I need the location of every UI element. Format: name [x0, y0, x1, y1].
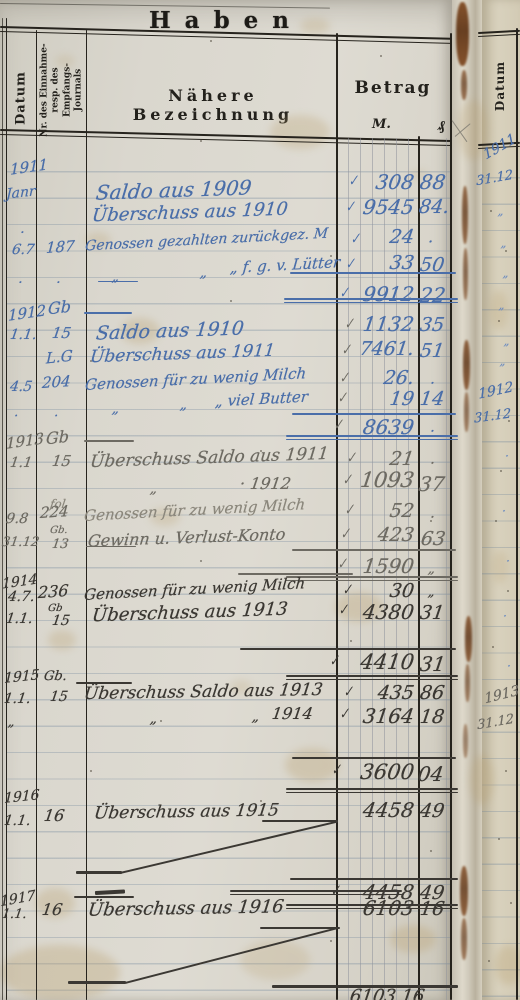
handwriting-entry: L.G [46, 349, 73, 367]
speck [430, 850, 432, 852]
handwriting-entry: 236 [37, 583, 69, 601]
speck [492, 646, 494, 648]
handwriting-entry: · 1912 [239, 476, 292, 492]
handwriting-entry: „ [497, 206, 504, 217]
handwriting-entry: 1915 [4, 668, 40, 686]
handwriting-entry: 04 [417, 764, 445, 784]
handwriting-entry: 1.1 [9, 456, 33, 470]
grid-or-ink-line [68, 981, 126, 984]
column-header-betrag: Betrag [336, 78, 450, 98]
check-mark: ✓ [343, 316, 355, 334]
handwriting-entry: 4410 [335, 652, 416, 673]
stain-spot [270, 115, 330, 149]
rust-mark [461, 918, 467, 960]
handwriting-entry: 187 [46, 239, 76, 256]
grid-or-ink-line [286, 792, 458, 793]
handwriting-entry: 4.5 [9, 380, 33, 394]
rust-mark [465, 664, 470, 702]
handwriting-entry: Gb [46, 429, 69, 448]
handwriting-entry: Gb. [43, 670, 68, 683]
right-page-datum-header: Datum [493, 60, 507, 112]
speck [495, 520, 497, 522]
handwriting-entry: Überschuss aus 1915 [93, 802, 280, 822]
handwriting-entry: 14 [419, 390, 446, 409]
check-mark: ✓ [345, 450, 357, 468]
grid-or-ink-line [6, 18, 8, 1000]
grid-or-ink-line [286, 788, 458, 790]
ledger-photo: Haben Datum Nr. des Einnahme- resp. des … [0, 0, 520, 1000]
speck [350, 640, 352, 642]
check-mark: ✓ [343, 502, 355, 520]
journal-header-line3: Journals [73, 42, 84, 138]
handwriting-entry: 1916 [4, 788, 40, 806]
handwriting-entry: 1.1. [9, 328, 38, 342]
stain-spot [48, 630, 76, 650]
journal-header-line1: Nr. des Einnahme- [40, 42, 51, 138]
handwriting-entry: 224 [40, 504, 70, 521]
grid-or-ink-line [84, 312, 132, 314]
pfennig-label: ₰ [438, 118, 445, 135]
handwriting-entry: 16 [43, 808, 66, 824]
handwriting-entry: 15 [51, 454, 72, 469]
check-mark: ✓ [332, 417, 344, 435]
check-mark: ✓ [330, 762, 342, 780]
grid-or-ink-line [84, 440, 134, 442]
handwriting-entry: 6103 [335, 898, 416, 918]
check-mark: ✓ [340, 342, 352, 360]
page-title: Haben [0, 7, 452, 34]
speck [498, 320, 500, 322]
handwriting-entry: 3600 [335, 762, 416, 783]
check-mark: ✓ [349, 231, 361, 249]
handwriting-entry: Überschuss aus 1916 [87, 898, 285, 919]
handwriting-entry: 15 [51, 326, 72, 341]
stain-spot [470, 755, 494, 805]
handwriting-entry: Gb. [49, 526, 68, 536]
check-mark: ✓ [339, 526, 351, 544]
check-mark: ✓ [338, 370, 350, 388]
rust-mark [456, 2, 469, 66]
speck [160, 720, 162, 722]
check-mark: ✓ [338, 706, 350, 724]
check-mark: ✓ [341, 582, 353, 600]
rust-mark [460, 866, 468, 916]
check-mark: ✓ [337, 602, 349, 620]
handwriting-entry: „ [502, 268, 509, 279]
speck [505, 250, 507, 252]
check-mark: ✓ [338, 285, 350, 303]
check-mark: ✓ [328, 653, 340, 671]
handwriting-entry: 18 [419, 708, 446, 727]
handwriting-entry: 84. [418, 198, 451, 217]
handwriting-entry: 15 [51, 614, 71, 628]
check-mark: ✓ [344, 256, 356, 274]
handwriting-entry: 31 [419, 604, 446, 623]
rust-mark [464, 392, 469, 432]
grid-or-ink-line [516, 28, 518, 1000]
handwriting-entry: Gb [48, 299, 71, 318]
handwriting-entry: 35 [419, 316, 446, 335]
handwriting-entry: 1.1. [5, 612, 34, 626]
handwriting-entry: 1.1. [1, 908, 28, 921]
handwriting-entry: Saldo aus 1910 [95, 319, 245, 343]
handwriting-entry: 1.1. [3, 814, 32, 828]
check-mark: ✓ [342, 684, 354, 702]
handwriting-entry: 24 [335, 228, 416, 247]
check-mark: ✓ [329, 883, 341, 901]
handwriting-entry: „ [500, 238, 507, 249]
rust-mark [465, 616, 472, 662]
check-mark: ✓ [336, 390, 348, 408]
stain-spot [0, 945, 120, 1000]
speck [498, 838, 500, 840]
handwriting-entry: 31 [419, 654, 447, 674]
stain-spot [240, 940, 310, 980]
handwriting-entry: 37 [418, 474, 446, 494]
handwriting-entry: 31.12 [1, 536, 40, 549]
speck [200, 560, 202, 562]
speck [330, 940, 332, 942]
handwriting-entry: „ [499, 356, 506, 367]
grid-or-ink-line [450, 33, 452, 1000]
grid-or-ink-line [446, 138, 447, 1000]
speck [210, 40, 212, 42]
handwriting-entry: 15 [49, 690, 69, 704]
handwriting-entry: 8639 [335, 417, 416, 437]
handwriting-entry: 63 [420, 530, 447, 549]
handwriting-entry: 49 [419, 802, 446, 821]
speck [500, 470, 502, 472]
rust-mark [463, 724, 468, 758]
handwriting-entry: 16 [41, 902, 64, 918]
handwriting-entry: 50 [419, 256, 446, 275]
check-mark: ✓ [341, 472, 353, 490]
handwriting-entry: 6103 16 [349, 988, 426, 1000]
rust-mark [463, 340, 470, 390]
handwriting-entry: 1914 [271, 706, 314, 722]
handwriting-entry: „ [498, 300, 505, 311]
handwriting-entry: 86 [419, 684, 446, 703]
grid-or-ink-line [286, 580, 458, 581]
handwriting-entry: Janr [6, 184, 36, 201]
rust-mark [461, 70, 467, 100]
speck [490, 210, 492, 212]
check-mark: ✓ [344, 199, 356, 217]
handwriting-entry: 204 [42, 374, 72, 391]
handwriting-entry: Überschuss Saldo aus 1913 [83, 682, 324, 703]
mark-label: M. [372, 117, 391, 132]
handwriting-entry: 51 [419, 342, 446, 361]
handwriting-entry: 4458 [335, 800, 416, 820]
speck [90, 770, 92, 772]
speck [510, 902, 512, 904]
speck [488, 960, 490, 962]
handwriting-entry: 16 [419, 900, 446, 919]
speck [505, 770, 507, 772]
grid-or-ink-line [292, 757, 456, 759]
handwriting-entry: Saldo aus 1909 [95, 177, 253, 203]
rust-mark [463, 248, 468, 300]
speck [230, 300, 232, 302]
stain-spot [390, 925, 436, 953]
handwriting-entry: 1.1. [3, 692, 32, 706]
speck [380, 55, 382, 57]
check-mark: ✓ [336, 556, 348, 574]
column-header-datum: Datum [14, 68, 29, 128]
handwriting-entry: 88 [419, 172, 447, 192]
check-mark: ✓ [347, 173, 359, 191]
grid-or-ink-line [2, 18, 3, 1000]
handwriting-entry: 6.7 [11, 243, 35, 257]
stain-spot [55, 55, 75, 67]
grid-or-ink-line [76, 871, 122, 874]
handwriting-entry: 4.7. [7, 590, 36, 604]
grid-or-ink-line [240, 648, 456, 650]
rust-mark [462, 186, 468, 244]
handwriting-entry: 13 [51, 538, 69, 551]
handwriting-entry: „ [503, 336, 510, 347]
speck [200, 140, 202, 142]
handwriting-entry: 9.8 [5, 512, 29, 526]
handwriting-entry: 22 [419, 285, 447, 305]
speck [507, 590, 509, 592]
stain-spot [300, 18, 330, 34]
